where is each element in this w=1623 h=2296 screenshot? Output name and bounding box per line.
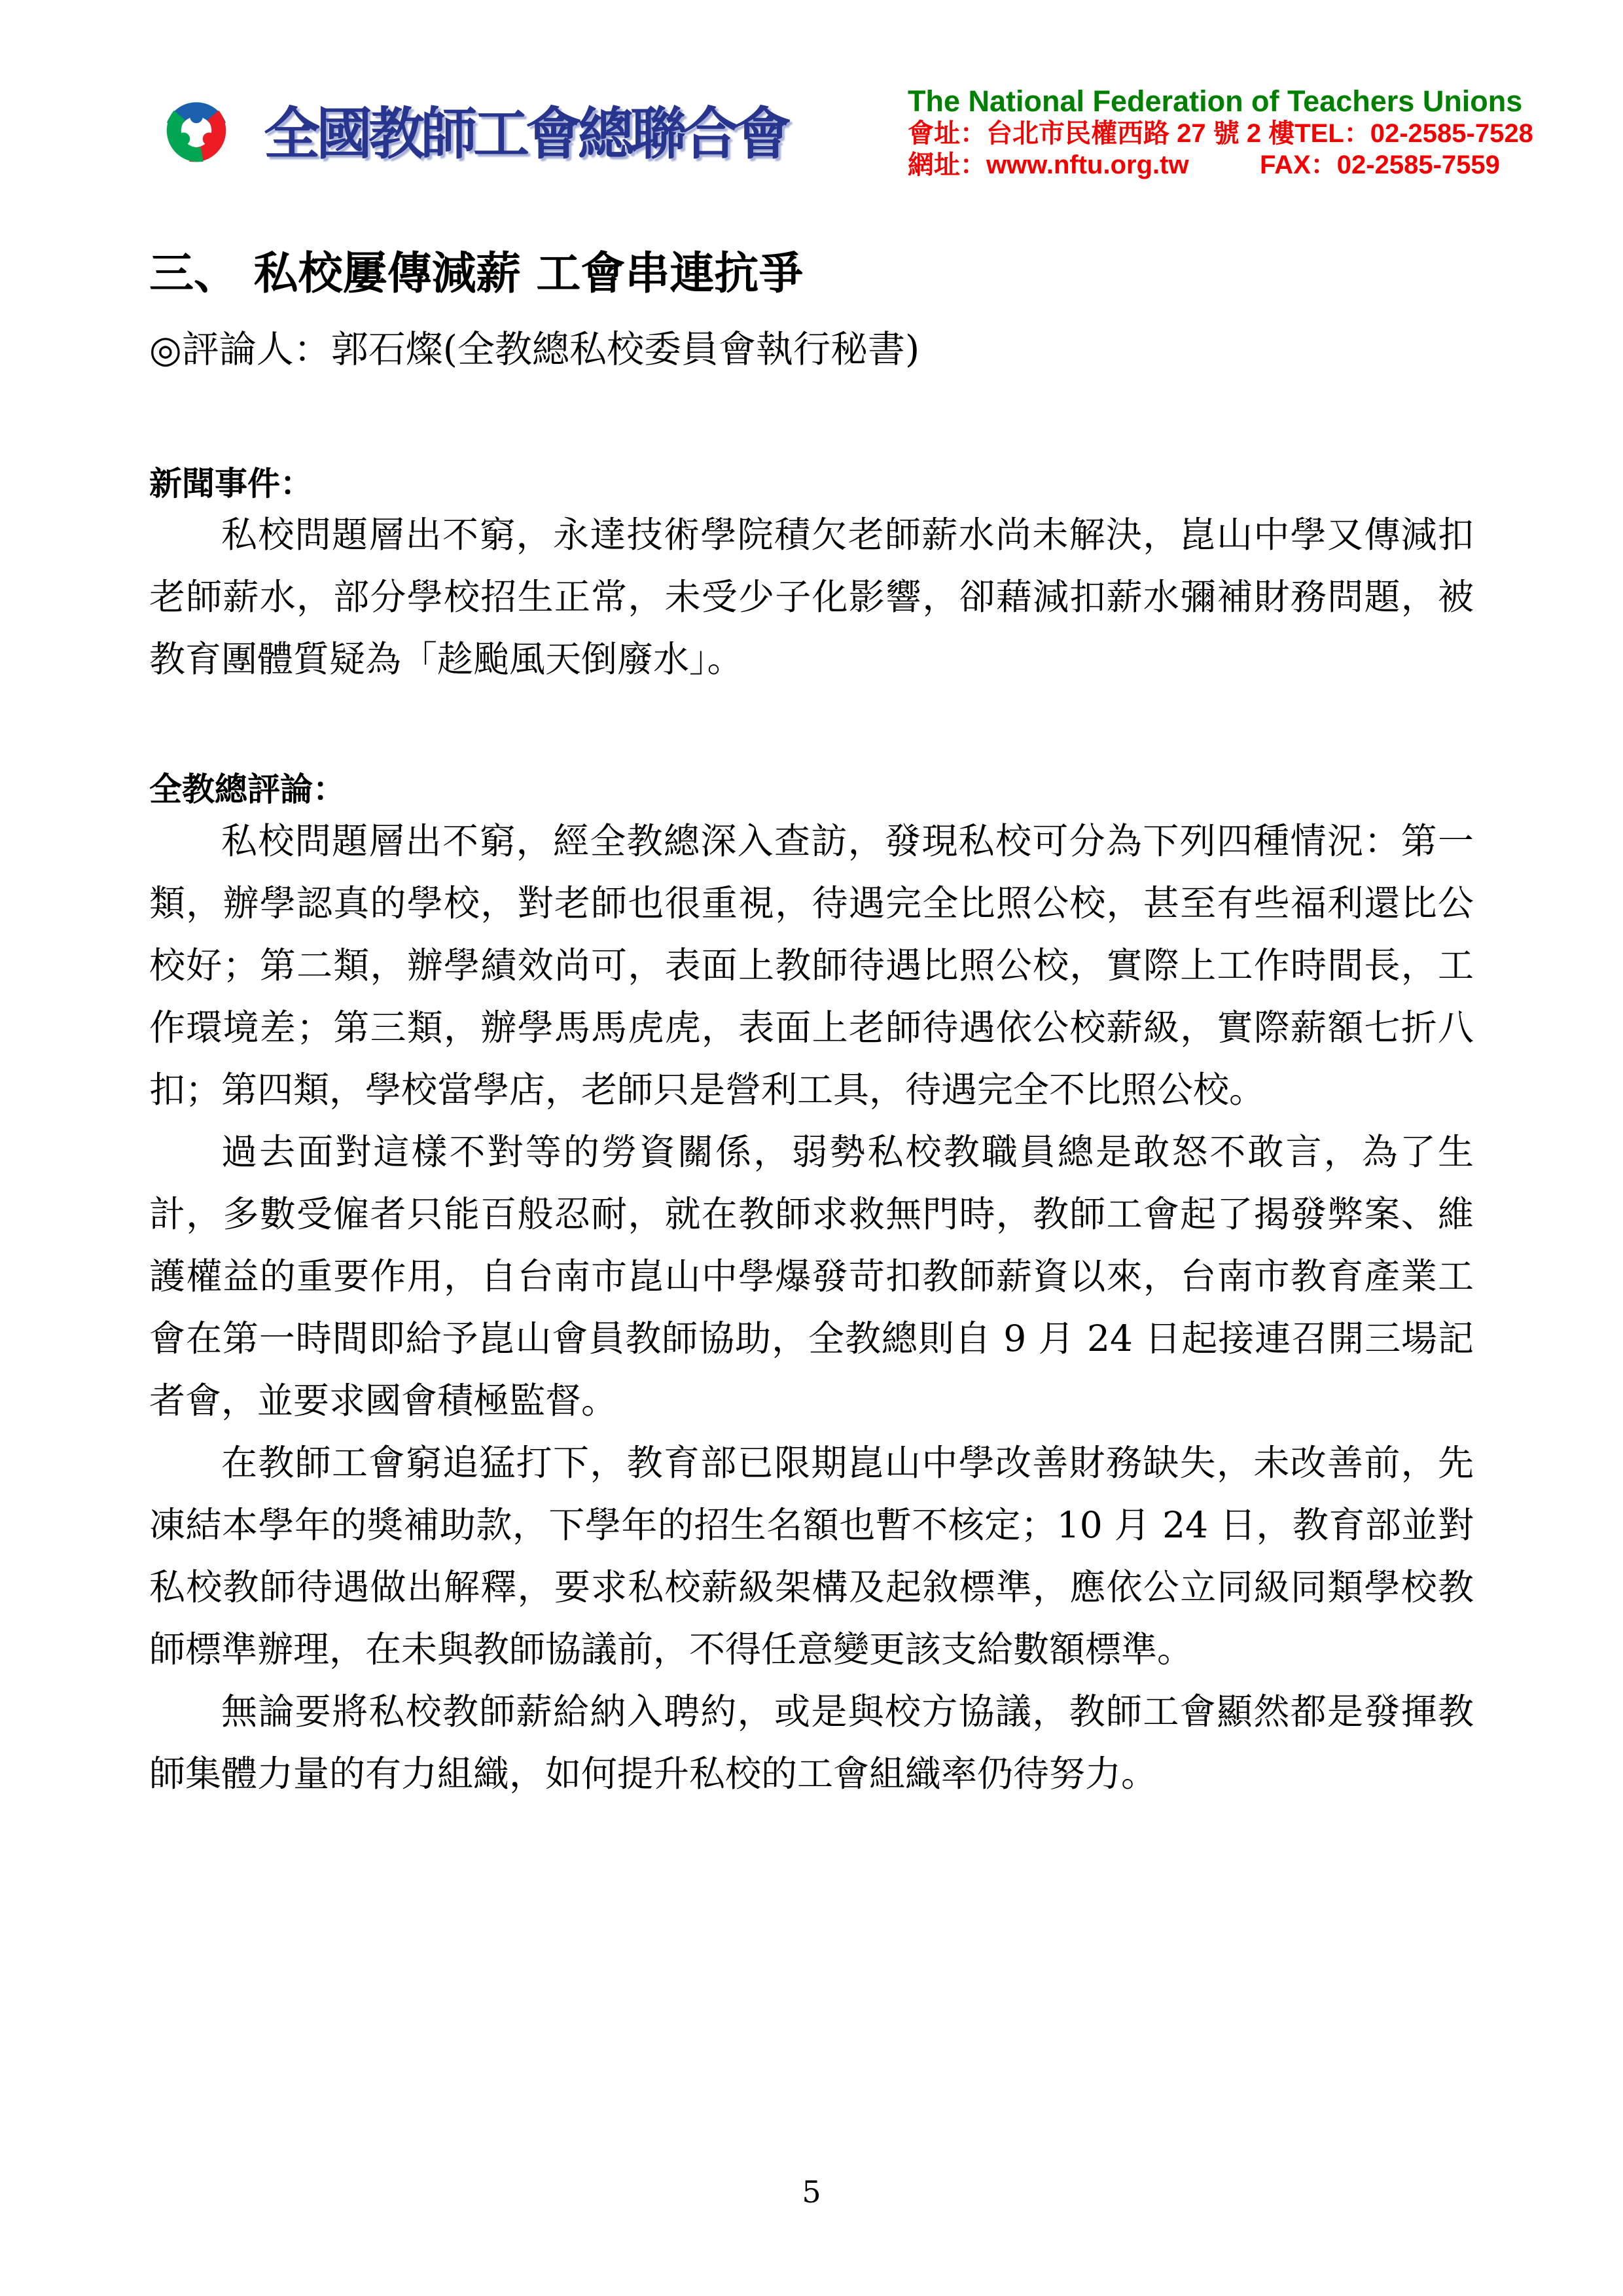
- address-text: 會址：台北市民權西路 27 號 2 樓: [908, 118, 1294, 149]
- contact-row-2: 網址：www.nftu.org.tw FAX：02-2585-7559: [908, 149, 1476, 181]
- document-page: 全國教師工會總聯合會 The National Federation of Te…: [0, 0, 1623, 2296]
- contact-block: The National Federation of Teachers Unio…: [908, 85, 1476, 181]
- article-byline: ◎評論人：郭石燦(全教總私校委員會執行秘書): [149, 327, 1474, 372]
- org-name-english: The National Federation of Teachers Unio…: [908, 85, 1476, 118]
- tel-text: TEL：02-2585-7528: [1294, 118, 1510, 149]
- nftu-emblem-icon: [147, 82, 245, 181]
- section-heading-news-event: 新聞事件：: [149, 463, 1474, 505]
- article-title: 三、 私校屢傳減薪 工會串連抗爭: [149, 247, 1474, 301]
- contact-row-1: 會址：台北市民權西路 27 號 2 樓 TEL：02-2585-7528: [908, 118, 1476, 149]
- page-number: 5: [0, 2174, 1623, 2210]
- fax-text: FAX：02-2585-7559: [1260, 149, 1476, 181]
- letterhead: 全國教師工會總聯合會 The National Federation of Te…: [147, 77, 1476, 202]
- logo-group: 全國教師工會總聯合會: [147, 77, 787, 181]
- paragraph: 無論要將私校教師薪給納入聘約，或是與校方協議，教師工會顯然都是發揮教師集體力量的…: [149, 1681, 1474, 1805]
- section-heading-nftu-comment: 全教總評論：: [149, 769, 1474, 810]
- website-text: 網址：www.nftu.org.tw: [908, 149, 1189, 181]
- paragraph: 過去面對這樣不對等的勞資關係，弱勢私校教職員總是敢怒不敢言，為了生計，多數受僱者…: [149, 1121, 1474, 1432]
- paragraph: 私校問題層出不窮，永達技術學院積欠老師薪水尚未解決，崑山中學又傳減扣老師薪水，部…: [149, 504, 1474, 691]
- paragraph: 私校問題層出不窮，經全教總深入查訪，發現私校可分為下列四種情況：第一類，辦學認真…: [149, 810, 1474, 1121]
- org-name-chinese: 全國教師工會總聯合會: [264, 88, 787, 170]
- paragraph: 在教師工會窮追猛打下，教育部已限期崑山中學改善財務缺失，未改善前，先凍結本學年的…: [149, 1432, 1474, 1681]
- article-body: 三、 私校屢傳減薪 工會串連抗爭 ◎評論人：郭石燦(全教總私校委員會執行秘書) …: [149, 247, 1474, 1805]
